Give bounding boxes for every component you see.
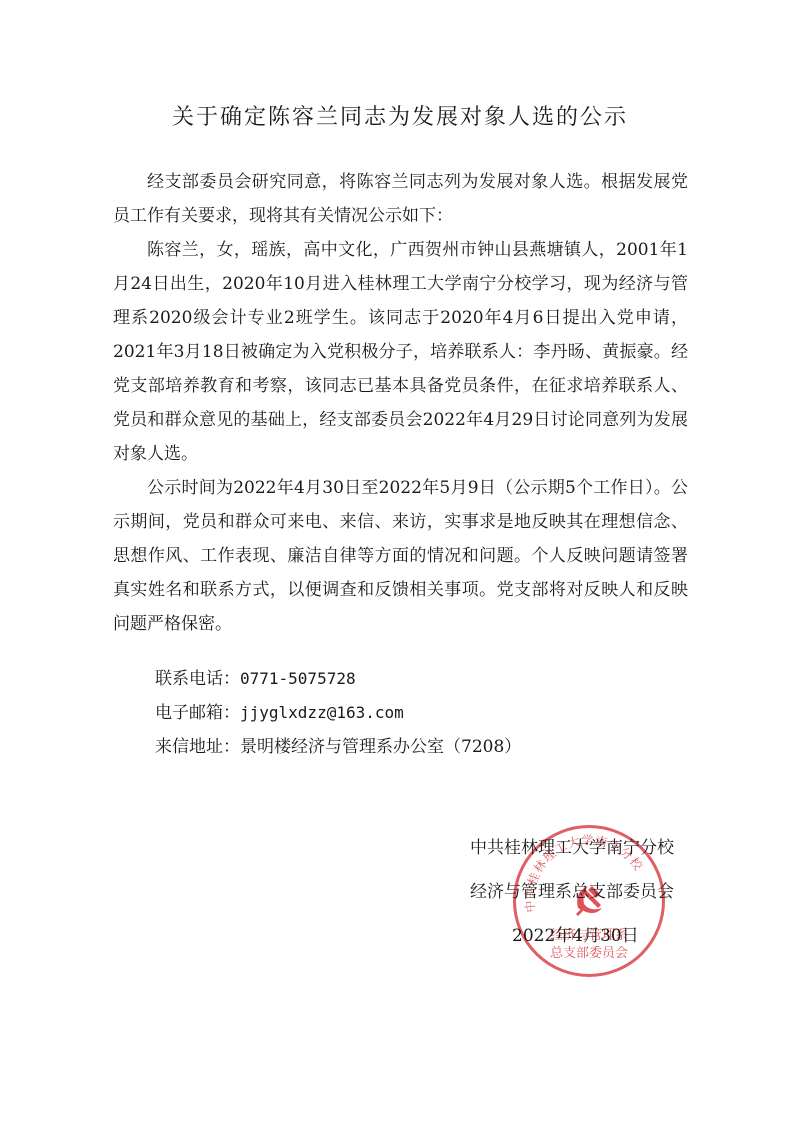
document-page: 关于确定陈容兰同志为发展对象人选的公示 经支部委员会研究同意，将陈容兰同志列为发… bbox=[0, 0, 800, 1131]
email-value: jjyglxdzz@163.com bbox=[240, 703, 404, 722]
paragraph-candidate-info: 陈容兰，女，瑶族，高中文化，广西贺州市钟山县燕塘镇人，2001年1月24日出生，… bbox=[113, 233, 688, 471]
paragraph-intro: 经支部委员会研究同意，将陈容兰同志列为发展对象人选。根据发展党员工作有关要求，现… bbox=[113, 165, 688, 233]
phone-label: 联系电话： bbox=[155, 669, 240, 689]
contact-address: 来信地址：景明楼经济与管理系办公室（7208） bbox=[155, 730, 521, 764]
phone-value: 0771-5075728 bbox=[240, 669, 356, 688]
signature-org-line1: 中共桂林理工大学南宁分校 bbox=[470, 826, 674, 870]
signature-block: 中共桂林理工大学南宁分校 经济与管理系总支部委员会 2022年4月30日 bbox=[470, 826, 674, 958]
document-body: 经支部委员会研究同意，将陈容兰同志列为发展对象人选。根据发展党员工作有关要求，现… bbox=[113, 165, 688, 641]
paragraph-notice-period: 公示时间为2022年4月30日至2022年5月9日（公示期5个工作日）。公示期间… bbox=[113, 471, 688, 641]
contact-block: 联系电话：0771-5075728 电子邮箱：jjyglxdzz@163.com… bbox=[155, 662, 521, 764]
document-title: 关于确定陈容兰同志为发展对象人选的公示 bbox=[0, 100, 800, 131]
address-value: 景明楼经济与管理系办公室（7208） bbox=[240, 737, 521, 757]
contact-email: 电子邮箱：jjyglxdzz@163.com bbox=[155, 696, 521, 730]
signature-date: 2022年4月30日 bbox=[470, 914, 674, 958]
email-label: 电子邮箱： bbox=[155, 703, 240, 723]
address-label: 来信地址： bbox=[155, 737, 240, 757]
signature-org-line2: 经济与管理系总支部委员会 bbox=[470, 870, 674, 914]
contact-phone: 联系电话：0771-5075728 bbox=[155, 662, 521, 696]
